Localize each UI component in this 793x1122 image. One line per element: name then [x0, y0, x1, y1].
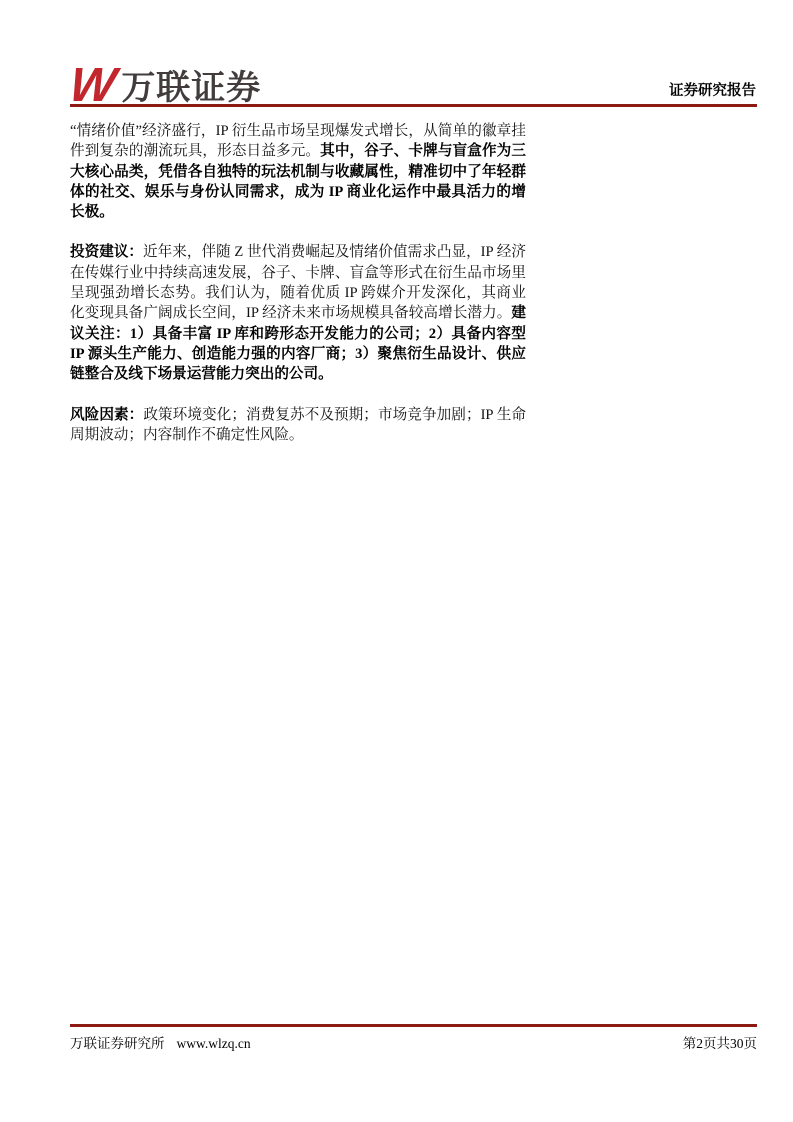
risk-factors-label: 风险因素： [70, 407, 143, 423]
logo-company-name: 万联证券 [121, 72, 261, 104]
report-type-label: 证券研究报告 [669, 79, 756, 104]
report-body: “情绪价值”经济盛行，IP 衍生品市场呈现爆发式增长，从简单的徽章挂件到复杂的潮… [70, 121, 526, 465]
paragraph-risk-factors: 风险因素：政策环境变化；消费复苏不及预期；市场竞争加剧；IP 生命周期波动；内容… [70, 405, 526, 446]
website-url: www.wlzq.cn [177, 1036, 251, 1051]
header-divider [70, 104, 757, 107]
report-page: W 万联证券 证券研究报告 “情绪价值”经济盛行，IP 衍生品市场呈现爆发式增长… [0, 0, 793, 1122]
logo-w-icon: W [67, 67, 115, 104]
footer-left-group: 万联证券研究所www.wlzq.cn [70, 1032, 251, 1052]
page-number: 第2页共30页 [683, 1032, 757, 1052]
page-header: W 万联证券 证券研究报告 [70, 62, 756, 104]
paragraph-intro: “情绪价值”经济盛行，IP 衍生品市场呈现爆发式增长，从简单的徽章挂件到复杂的潮… [70, 121, 526, 222]
page-footer: 万联证券研究所www.wlzq.cn 第2页共30页 [70, 1024, 757, 1052]
paragraph-investment-advice: 投资建议：近年来，伴随 Z 世代消费崛起及情绪价值需求凸显，IP 经济在传媒行业… [70, 242, 526, 384]
wanlian-securities-logo: W 万联证券 [70, 67, 261, 104]
investment-advice-label: 投资建议： [70, 244, 143, 260]
research-institute-name: 万联证券研究所 [70, 1036, 165, 1051]
